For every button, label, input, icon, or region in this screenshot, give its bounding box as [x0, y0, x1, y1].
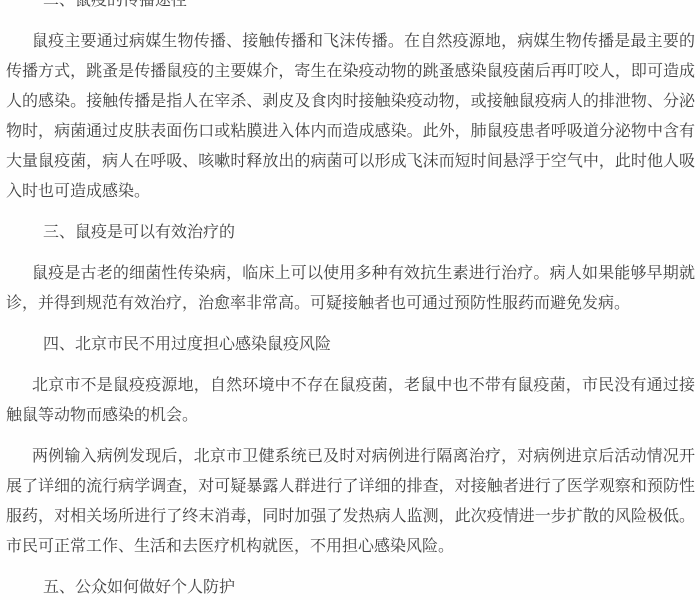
article-body: 二、鼠疫的传播途径 鼠疫主要通过病媒生物传播、接触传播和飞沫传播。在自然疫源地，… — [0, 0, 700, 600]
paragraph-treatable: 鼠疫是古老的细菌性传染病，临床上可以使用多种有效抗生素进行治疗。病人如果能够早期… — [6, 258, 695, 318]
section-heading-beijing-risk: 四、北京市民不用过度担心感染鼠疫风险 — [6, 329, 695, 359]
section-heading-treatable: 三、鼠疫是可以有效治疗的 — [6, 217, 695, 247]
section-heading-transmission-routes: 二、鼠疫的传播途径 — [6, 0, 695, 15]
section-heading-personal-protection: 五、公众如何做好个人防护 — [6, 572, 695, 600]
paragraph-transmission-routes: 鼠疫主要通过病媒生物传播、接触传播和飞沫传播。在自然疫源地，病媒生物传播是最主要… — [6, 26, 695, 206]
paragraph-case-response-measures: 两例输入病例发现后，北京市卫健系统已及时对病例进行隔离治疗，对病例进京后活动情况… — [6, 441, 695, 561]
paragraph-beijing-no-source: 北京市不是鼠疫疫源地，自然环境中不存在鼠疫菌，老鼠中也不带有鼠疫菌，市民没有通过… — [6, 370, 695, 430]
